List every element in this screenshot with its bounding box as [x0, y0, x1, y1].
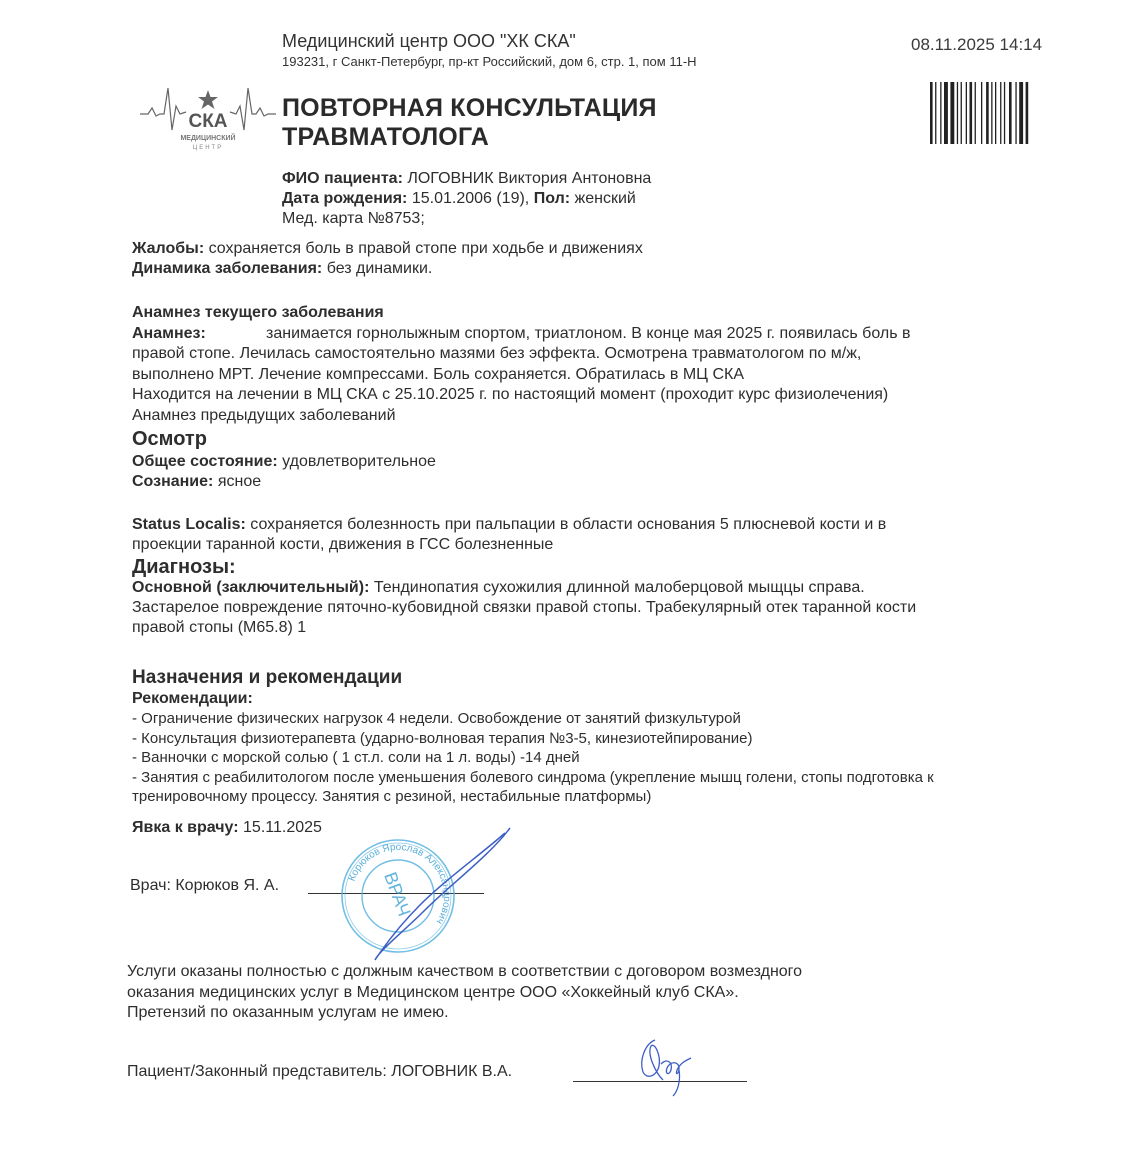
status-localis-line-1: сохраняется болезнность при пальпации в …: [250, 516, 886, 533]
logo-line2: ЦЕНТР: [193, 145, 223, 151]
dynamics-text: без динамики.: [327, 260, 433, 277]
main-diagnosis-label: Основной (заключительный):: [132, 579, 369, 596]
recommendations-title: Назначения и рекомендации: [132, 667, 1032, 689]
diagnosis-line-3: правой стопы (М65.8) 1: [132, 618, 1032, 638]
services-statement: Услуги оказаны полностью с должным качес…: [127, 962, 927, 1024]
status-localis: Status Localis: сохраняется болезнность …: [132, 515, 1032, 555]
anamnesis-line-3: выполнено МРТ. Лечение компрессами. Боль…: [132, 365, 1032, 386]
anamnesis-title: Анамнез текущего заболевания: [132, 303, 1032, 324]
diagnoses-title: Диагнозы:: [132, 556, 1032, 578]
general-state-value: удовлетворительное: [282, 453, 436, 470]
anamnesis-section: Анамнез текущего заболевания Анамнез:зан…: [132, 303, 1032, 426]
medical-card-number: Мед. карта №8753;: [282, 209, 651, 229]
complaints-label: Жалобы:: [132, 240, 204, 257]
anamnesis-line-2: правой стопе. Лечилась самостоятельно ма…: [132, 344, 1032, 365]
document-datetime: 08.11.2025 14:14: [911, 35, 1042, 55]
anamnesis-line-1: занимается горнолыжным спортом, триатлон…: [266, 325, 910, 342]
general-state-label: Общее состояние:: [132, 453, 278, 470]
logo-line1: МЕДИЦИНСКИЙ: [180, 133, 235, 142]
barcode-icon: [928, 82, 1038, 144]
recommendation-item: - Ванночки с морской солью ( 1 ст.л. сол…: [132, 748, 1032, 768]
clinic-name: Медицинский центр ООО "ХК СКА": [282, 31, 576, 52]
patient-signature: [625, 1032, 705, 1102]
title-line-2: ТРАВМАТОЛОГА: [282, 123, 657, 152]
recommendation-item: - Занятия с реабилитологом после уменьше…: [132, 768, 1032, 788]
services-line-3: Претензий по оказанным услугам не имею.: [127, 1003, 927, 1024]
patient-info: ФИО пациента: ЛОГОВНИК Виктория Антоновн…: [282, 169, 651, 229]
doctor-label: Врач: Корюков Я. А.: [130, 877, 279, 895]
ska-medical-center-logo: СКА МЕДИЦИНСКИЙ ЦЕНТР: [138, 86, 278, 154]
patient-signature-label: Пациент/Законный представитель: ЛОГОВНИК…: [127, 1063, 512, 1081]
logo-letters: СКА: [188, 111, 227, 132]
patient-name-row: ФИО пациента: ЛОГОВНИК Виктория Антоновн…: [282, 169, 651, 189]
doctor-signature: [330, 825, 520, 965]
recommendations-section: Назначения и рекомендации Рекомендации: …: [132, 667, 1032, 807]
complaints-section: Жалобы: сохраняется боль в правой стопе …: [132, 239, 1032, 279]
diagnosis-line-2: Застарелое повреждение пяточно-кубовидно…: [132, 598, 1032, 618]
next-visit-label: Явка к врачу:: [132, 819, 239, 836]
dob-value: 15.01.2006 (19),: [412, 190, 529, 207]
anamnesis-line-4: Находится на лечении в МЦ СКА с 25.10.20…: [132, 385, 1032, 406]
services-line-1: Услуги оказаны полностью с должным качес…: [127, 962, 927, 983]
recommendation-item: - Ограничение физических нагрузок 4 неде…: [132, 709, 1032, 729]
patient-name-label: ФИО пациента:: [282, 170, 403, 187]
services-line-2: оказания медицинских услуг в Медицинском…: [127, 983, 927, 1004]
next-visit-date: 15.11.2025: [243, 819, 322, 836]
sex-label: Пол:: [534, 190, 570, 207]
document-title: ПОВТОРНАЯ КОНСУЛЬТАЦИЯ ТРАВМАТОЛОГА: [282, 94, 657, 152]
title-line-1: ПОВТОРНАЯ КОНСУЛЬТАЦИЯ: [282, 94, 657, 123]
recommendation-item: тренировочному процессу. Занятия с резин…: [132, 787, 1032, 807]
diagnoses-section: Диагнозы: Основной (заключительный): Тен…: [132, 556, 1032, 638]
next-visit: Явка к врачу: 15.11.2025: [132, 818, 1032, 838]
dynamics-label: Динамика заболевания:: [132, 260, 322, 277]
previous-anamnesis: Анамнез предыдущих заболеваний: [132, 406, 1032, 427]
status-localis-line-2: проекции таранной кости, движения в ГСС …: [132, 535, 1032, 555]
consciousness-label: Сознание:: [132, 473, 213, 490]
consciousness-value: ясное: [218, 473, 261, 490]
patient-name: ЛОГОВНИК Виктория Антоновна: [407, 170, 651, 187]
patient-dob-row: Дата рождения: 15.01.2006 (19), Пол: жен…: [282, 189, 651, 209]
sex-value: женский: [575, 190, 636, 207]
exam-title: Осмотр: [132, 428, 1032, 450]
recommendation-item: - Консультация физиотерапевта (ударно-во…: [132, 729, 1032, 749]
dob-label: Дата рождения:: [282, 190, 407, 207]
exam-section: Осмотр Общее состояние: удовлетворительн…: [132, 428, 1032, 492]
complaints-text: сохраняется боль в правой стопе при ходь…: [209, 240, 643, 257]
diagnosis-line-1: Тендинопатия сухожилия длинной малоберцо…: [374, 579, 865, 596]
status-localis-label: Status Localis:: [132, 516, 246, 533]
clinic-address: 193231, г Санкт-Петербург, пр-кт Российс…: [282, 54, 697, 69]
recommendations-subtitle: Рекомендации:: [132, 689, 1032, 709]
anamnesis-label: Анамнез:: [132, 324, 266, 345]
